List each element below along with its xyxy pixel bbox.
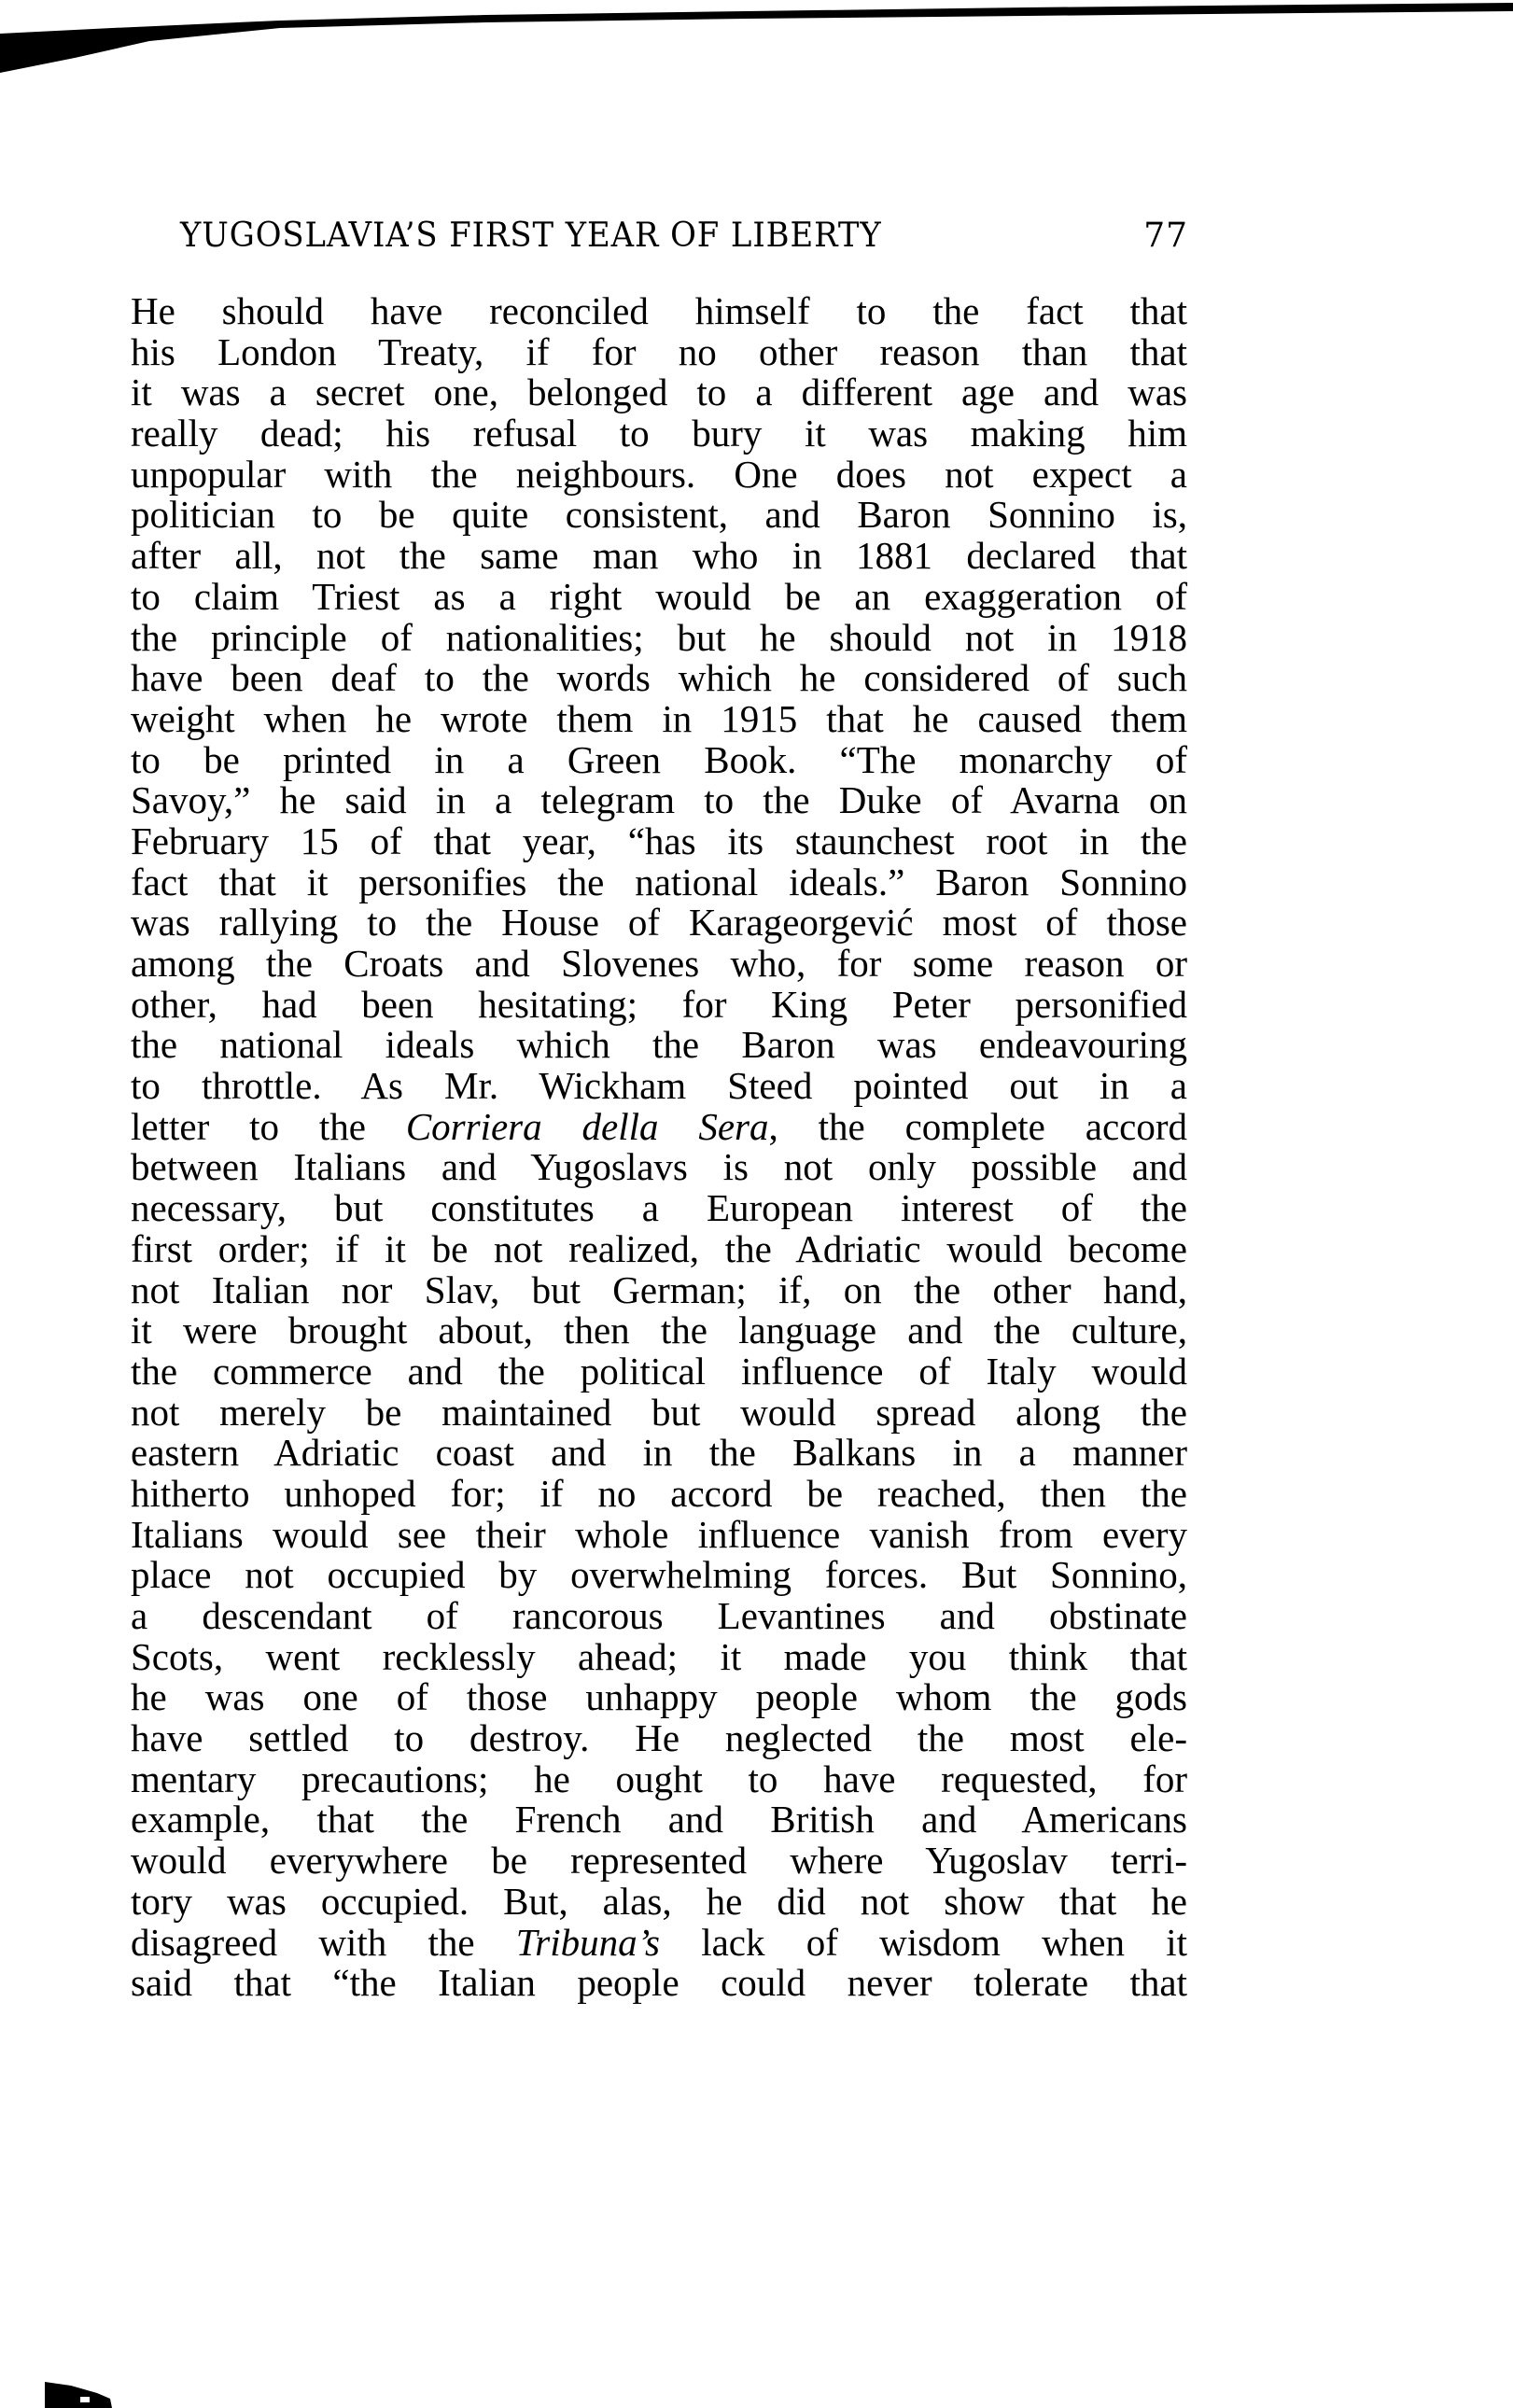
- text-line: He should have reconciled himself to the…: [131, 291, 1187, 332]
- text-line: hitherto unhoped for; if no accord be re…: [131, 1474, 1187, 1515]
- text-line: eastern Adriatic coast and in the Balkan…: [131, 1433, 1187, 1474]
- text-line: fact that it personifies the national id…: [131, 862, 1187, 903]
- text-line: disagreed with the Tribuna’s lack of wis…: [131, 1923, 1187, 1964]
- text-line: other, had been hesitating; for King Pet…: [131, 985, 1187, 1026]
- text-line: to claim Triest as a right would be an e…: [131, 577, 1187, 618]
- text-line: weight when he wrote them in 1915 that h…: [131, 699, 1187, 740]
- text-line: a descendant of rancorous Levantines and…: [131, 1596, 1187, 1637]
- text-line: to be printed in a Green Book. “The mona…: [131, 740, 1187, 781]
- body-text: He should have reconciled himself to the…: [131, 291, 1187, 2004]
- text-line: have settled to destroy. He neglected th…: [131, 1718, 1187, 1759]
- text-line: example, that the French and British and…: [131, 1799, 1187, 1841]
- text-segment: disagreed with the: [131, 1921, 516, 1964]
- text-segment: letter to the: [131, 1105, 406, 1148]
- text-line: February 15 of that year, “has its staun…: [131, 821, 1187, 862]
- text-line: was rallying to the House of Karageorgev…: [131, 903, 1187, 944]
- italic-newspaper-title: Corriera della Sera: [406, 1105, 769, 1148]
- italic-newspaper-title: Tribuna’s: [516, 1921, 660, 1964]
- text-line: after all, not the same man who in 1881 …: [131, 536, 1187, 577]
- text-line: his London Treaty, if for no other reaso…: [131, 332, 1187, 373]
- text-segment: lack of wisdom when it: [660, 1921, 1187, 1964]
- text-line: it were brought about, then the language…: [131, 1310, 1187, 1351]
- text-line: not merely be maintained but would sprea…: [131, 1393, 1187, 1434]
- text-line: Scots, went recklessly ahead; it made yo…: [131, 1637, 1187, 1678]
- text-line: necessary, but constitutes a European in…: [131, 1188, 1187, 1229]
- text-line: it was a secret one, belonged to a diffe…: [131, 372, 1187, 413]
- text-line: place not occupied by overwhelming force…: [131, 1555, 1187, 1596]
- text-line: he was one of those unhappy people whom …: [131, 1677, 1187, 1718]
- text-line: to throttle. As Mr. Wickham Steed pointe…: [131, 1066, 1187, 1107]
- text-line: the national ideals which the Baron was …: [131, 1025, 1187, 1066]
- text-line: politician to be quite consistent, and B…: [131, 495, 1187, 536]
- scan-smudge: [43, 2376, 118, 2408]
- text-line: Italians would see their whole influence…: [131, 1515, 1187, 1556]
- text-line: mentary precautions; he ought to have re…: [131, 1759, 1187, 1800]
- text-line: between Italians and Yugoslavs is not on…: [131, 1147, 1187, 1188]
- text-line: letter to the Corriera della Sera, the c…: [131, 1107, 1187, 1148]
- page-number: 77: [1143, 217, 1188, 255]
- text-line: Savoy,” he said in a telegram to the Duk…: [131, 780, 1187, 821]
- text-line: said that “the Italian people could neve…: [131, 1963, 1187, 2004]
- scan-edge-shadow: [0, 0, 1513, 75]
- text-line: first order; if it be not realized, the …: [131, 1229, 1187, 1270]
- text-line: really dead; his refusal to bury it was …: [131, 413, 1187, 455]
- text-line: the commerce and the political influence…: [131, 1351, 1187, 1393]
- text-line: not Italian nor Slav, but German; if, on…: [131, 1270, 1187, 1311]
- text-line: unpopular with the neighbours. One does …: [131, 455, 1187, 496]
- text-line: tory was occupied. But, alas, he did not…: [131, 1882, 1187, 1923]
- text-segment: , the complete accord: [769, 1105, 1187, 1148]
- running-head: YUGOSLAVIA’S FIRST YEAR OF LIBERTY 77: [180, 217, 1188, 263]
- chapter-title: YUGOSLAVIA’S FIRST YEAR OF LIBERTY: [180, 217, 882, 255]
- text-line: the principle of nationalities; but he s…: [131, 618, 1187, 659]
- text-line: among the Croats and Slovenes who, for s…: [131, 944, 1187, 985]
- text-line: have been deaf to the words which he con…: [131, 658, 1187, 699]
- text-line: would everywhere be represented where Yu…: [131, 1841, 1187, 1882]
